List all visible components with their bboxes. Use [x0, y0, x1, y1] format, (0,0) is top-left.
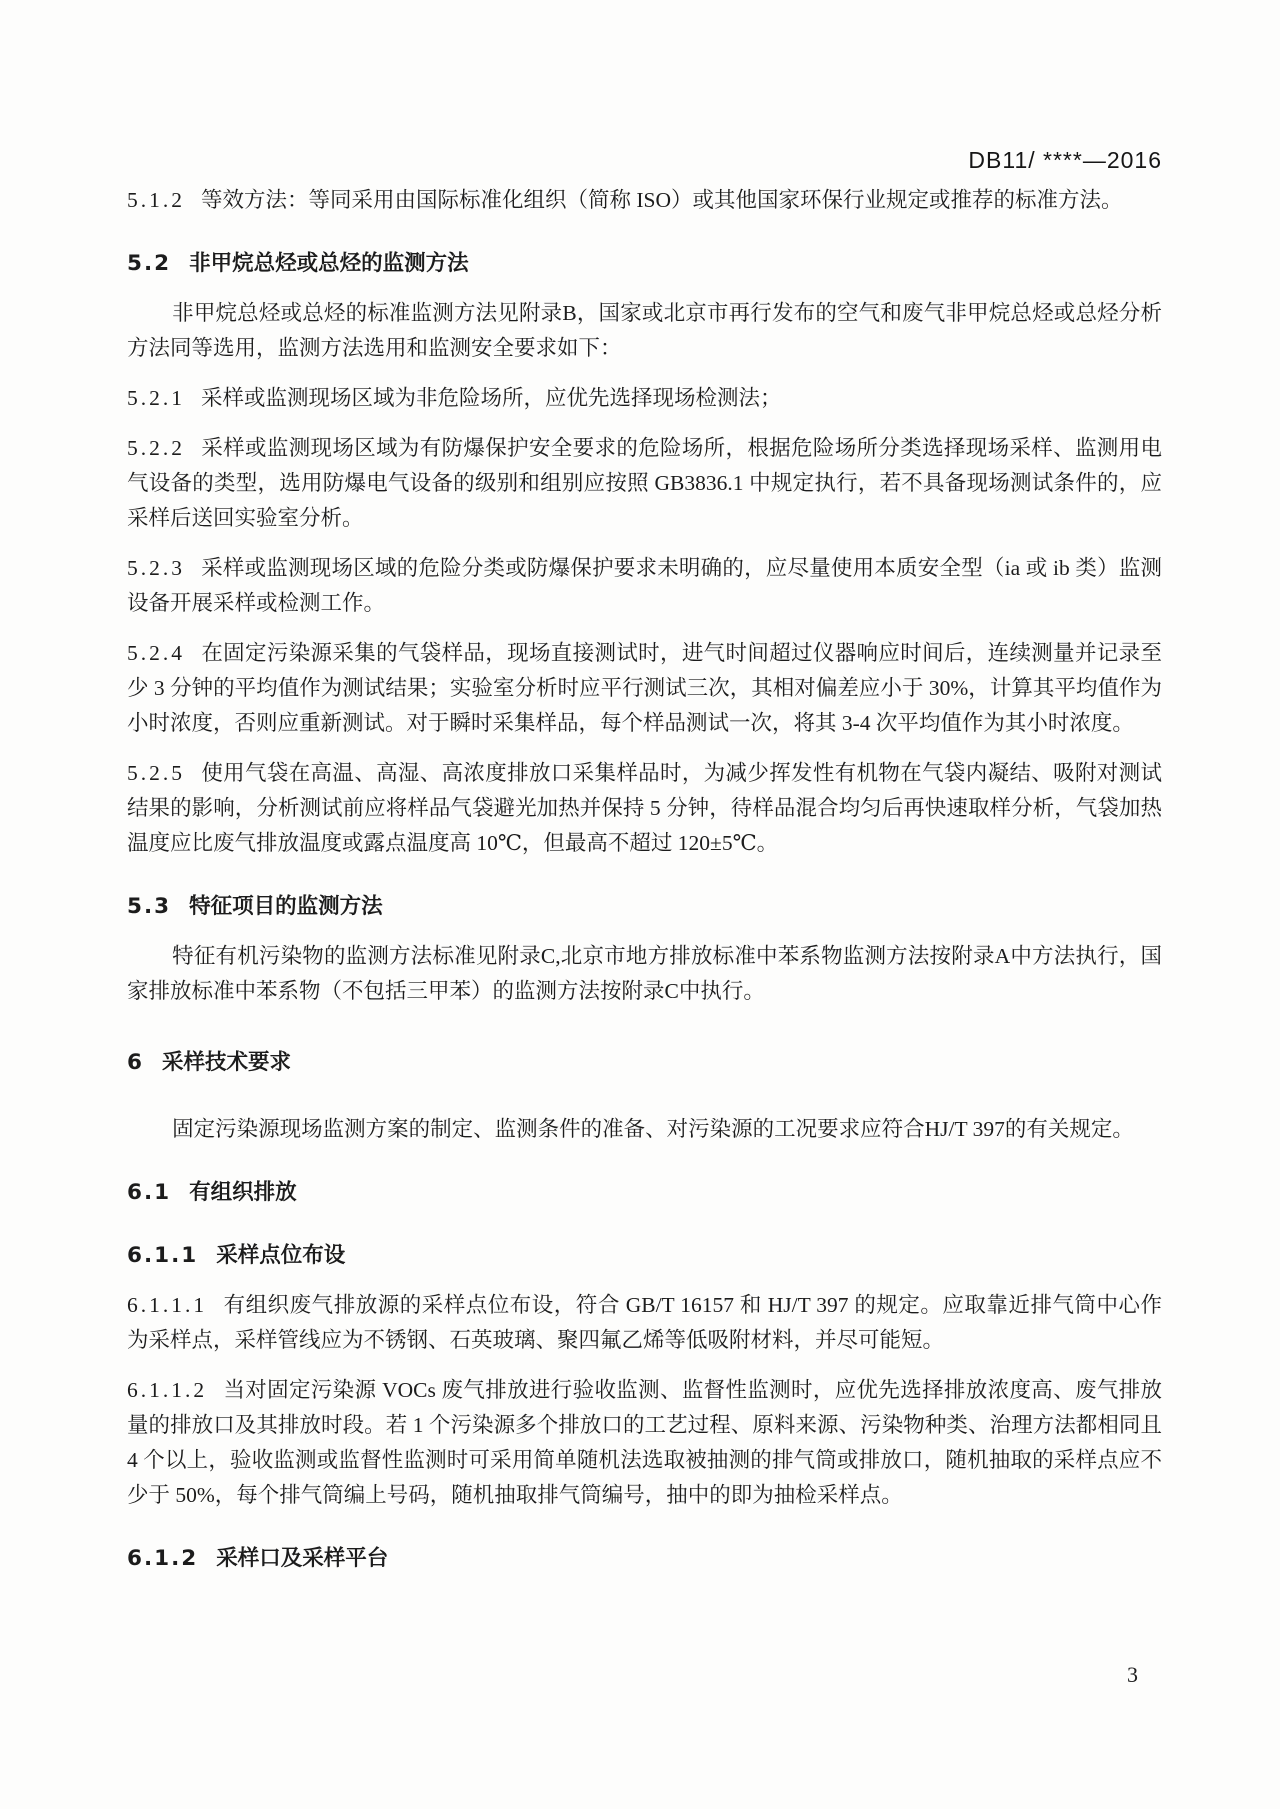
heading-text: 非甲烷总烃或总烃的监测方法 [189, 251, 469, 276]
clause-5-1-2: 5.1.2等效方法：等同采用由国际标准化组织（简称 ISO）或其他国家环保行业规… [127, 183, 1162, 218]
clause-text: 等效方法：等同采用由国际标准化组织（简称 ISO）或其他国家环保行业规定或推荐的… [201, 188, 1123, 212]
clause-number: 5.2.3 [127, 556, 185, 580]
chapter-heading-6: 6采样技术要求 [127, 1045, 1162, 1080]
paragraph-text: 非甲烷总烃或总烃的标准监测方法见附录B，国家或北京市再行发布的空气和废气非甲烷总… [127, 301, 1162, 360]
heading-number: 5.2 [127, 251, 171, 276]
clause-number: 6.1.1.1 [127, 1293, 207, 1317]
heading-number: 5.3 [127, 894, 171, 919]
clause-text: 在固定污染源采集的气袋样品，现场直接测试时，进气时间超过仪器响应时间后，连续测量… [127, 641, 1162, 735]
section-heading-5-2: 5.2非甲烷总烃或总烃的监测方法 [127, 246, 1162, 281]
subsection-heading-6-1-2: 6.1.2采样口及采样平台 [127, 1541, 1162, 1576]
paragraph-5-2-intro: 非甲烷总烃或总烃的标准监测方法见附录B，国家或北京市再行发布的空气和废气非甲烷总… [127, 296, 1162, 366]
clause-5-2-4: 5.2.4在固定污染源采集的气袋样品，现场直接测试时，进气时间超过仪器响应时间后… [127, 636, 1162, 741]
heading-number: 6.1 [127, 1180, 171, 1205]
page-number: 3 [1127, 1662, 1138, 1688]
clause-text: 使用气袋在高温、高湿、高浓度排放口采集样品时，为减少挥发性有机物在气袋内凝结、吸… [127, 761, 1162, 855]
clause-number: 5.2.1 [127, 386, 185, 410]
paragraph-text: 固定污染源现场监测方案的制定、监测条件的准备、对污染源的工况要求应符合HJ/T … [172, 1117, 1134, 1141]
clause-number: 5.1.2 [127, 188, 185, 212]
heading-text: 采样技术要求 [162, 1050, 291, 1075]
paragraph-6-intro: 固定污染源现场监测方案的制定、监测条件的准备、对污染源的工况要求应符合HJ/T … [127, 1112, 1162, 1147]
clause-6-1-1-2: 6.1.1.2当对固定污染源 VOCs 废气排放进行验收监测、监督性监测时，应优… [127, 1373, 1162, 1513]
paragraph-text: 特征有机污染物的监测方法标准见附录C,北京市地方排放标准中苯系物监测方法按附录A… [127, 944, 1162, 1003]
heading-text: 有组织排放 [189, 1180, 297, 1205]
clause-5-2-3: 5.2.3采样或监测现场区域的危险分类或防爆保护要求未明确的，应尽量使用本质安全… [127, 551, 1162, 621]
clause-number: 6.1.1.2 [127, 1378, 207, 1402]
heading-number: 6.1.1 [127, 1243, 198, 1268]
section-heading-5-3: 5.3特征项目的监测方法 [127, 889, 1162, 924]
clause-number: 5.2.4 [127, 641, 185, 665]
clause-text: 采样或监测现场区域的危险分类或防爆保护要求未明确的，应尽量使用本质安全型（ia … [127, 556, 1162, 615]
clause-5-2-5: 5.2.5使用气袋在高温、高湿、高浓度排放口采集样品时，为减少挥发性有机物在气袋… [127, 756, 1162, 861]
heading-text: 采样口及采样平台 [216, 1546, 388, 1571]
clause-text: 有组织废气排放源的采样点位布设，符合 GB/T 16157 和 HJ/T 397… [127, 1293, 1162, 1352]
heading-text: 采样点位布设 [216, 1243, 345, 1268]
clause-6-1-1-1: 6.1.1.1有组织废气排放源的采样点位布设，符合 GB/T 16157 和 H… [127, 1288, 1162, 1358]
heading-number: 6 [127, 1050, 144, 1075]
clause-text: 当对固定污染源 VOCs 废气排放进行验收监测、监督性监测时，应优先选择排放浓度… [127, 1378, 1162, 1507]
document-page: DB11/ ****—2016 5.1.2等效方法：等同采用由国际标准化组织（简… [0, 0, 1280, 1809]
clause-text: 采样或监测现场区域为有防爆保护安全要求的危险场所，根据危险场所分类选择现场采样、… [127, 436, 1162, 530]
document-code-header: DB11/ ****—2016 [127, 147, 1162, 173]
heading-text: 特征项目的监测方法 [189, 894, 383, 919]
clause-5-2-2: 5.2.2采样或监测现场区域为有防爆保护安全要求的危险场所，根据危险场所分类选择… [127, 431, 1162, 536]
heading-number: 6.1.2 [127, 1546, 198, 1571]
document-code-text: DB11/ ****—2016 [968, 147, 1162, 173]
subsection-heading-6-1-1: 6.1.1采样点位布设 [127, 1238, 1162, 1273]
section-heading-6-1: 6.1有组织排放 [127, 1175, 1162, 1210]
clause-text: 采样或监测现场区域为非危险场所，应优先选择现场检测法； [201, 386, 782, 410]
clause-number: 5.2.2 [127, 436, 185, 460]
document-body: 5.1.2等效方法：等同采用由国际标准化组织（简称 ISO）或其他国家环保行业规… [127, 183, 1162, 1576]
clause-5-2-1: 5.2.1采样或监测现场区域为非危险场所，应优先选择现场检测法； [127, 381, 1162, 416]
clause-number: 5.2.5 [127, 761, 185, 785]
paragraph-5-3-body: 特征有机污染物的监测方法标准见附录C,北京市地方排放标准中苯系物监测方法按附录A… [127, 939, 1162, 1009]
